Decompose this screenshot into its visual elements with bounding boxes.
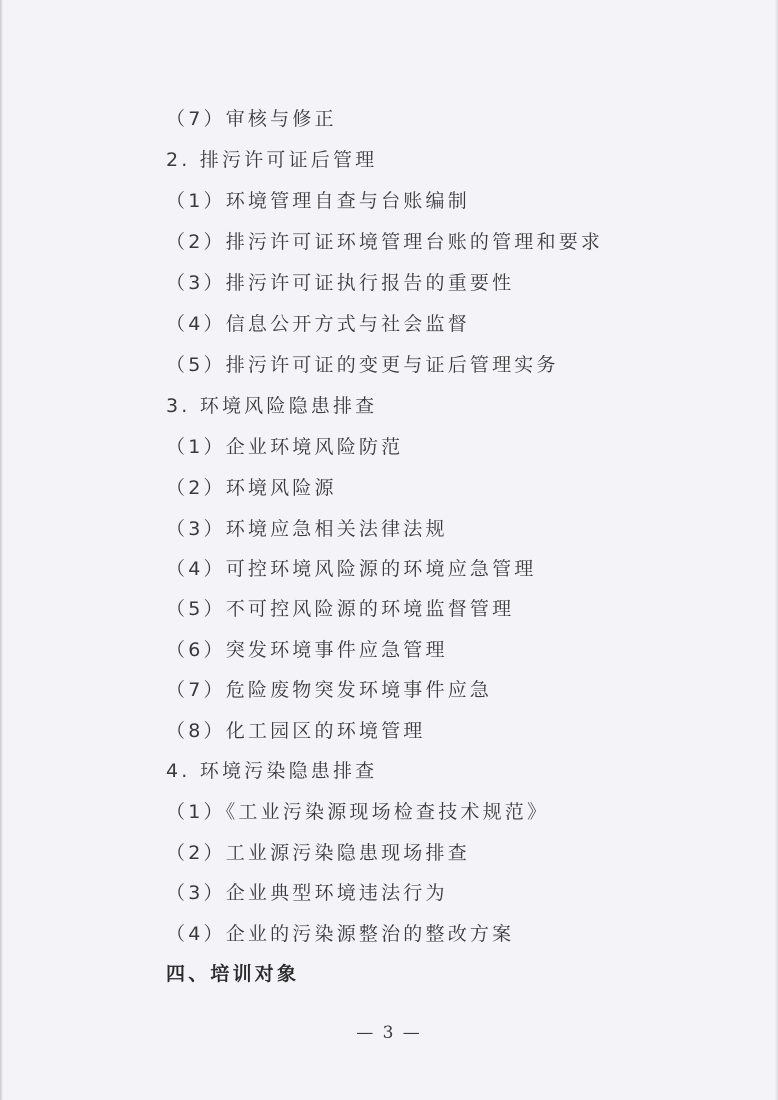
list-item: （3）环境应急相关法律法规 — [166, 517, 448, 541]
list-item: （2）排污许可证环境管理台账的管理和要求 — [166, 230, 603, 254]
scan-edge-left — [0, 0, 3, 1100]
list-item: （8）化工园区的环境管理 — [166, 719, 426, 743]
list-item: （4）可控环境风险源的环境应急管理 — [166, 557, 537, 581]
list-item: （2）环境风险源 — [166, 476, 337, 500]
list-item: （7）危险废物突发环境事件应急 — [166, 678, 492, 702]
list-item: （1）环境管理自查与台账编制 — [166, 189, 470, 213]
section-3-heading: 3. 环境风险隐患排查 — [166, 394, 377, 418]
section-2-heading: 2. 排污许可证后管理 — [166, 148, 377, 172]
list-item: （5）排污许可证的变更与证后管理实务 — [166, 353, 559, 377]
list-item: （2）工业源污染隐患现场排查 — [166, 841, 470, 865]
page-number: — 3 — — [0, 1023, 778, 1043]
list-item: （6）突发环境事件应急管理 — [166, 638, 448, 662]
list-item-7-review-correction: （7）审核与修正 — [166, 107, 337, 131]
chapter-heading-training-targets: 四、培训对象 — [166, 962, 299, 986]
list-item: （4）信息公开方式与社会监督 — [166, 312, 470, 336]
list-item: （3）排污许可证执行报告的重要性 — [166, 271, 514, 295]
list-item: （5）不可控风险源的环境监督管理 — [166, 597, 514, 621]
list-item: （1）《工业污染源现场检查技术规范》 — [166, 800, 549, 824]
document-page: （7）审核与修正 2. 排污许可证后管理 （1）环境管理自查与台账编制 （2）排… — [0, 0, 778, 1100]
list-item: （1）企业环境风险防范 — [166, 435, 403, 459]
section-4-heading: 4. 环境污染隐患排查 — [166, 759, 377, 783]
list-item: （4）企业的污染源整治的整改方案 — [166, 922, 514, 946]
list-item: （3）企业典型环境违法行为 — [166, 881, 448, 905]
